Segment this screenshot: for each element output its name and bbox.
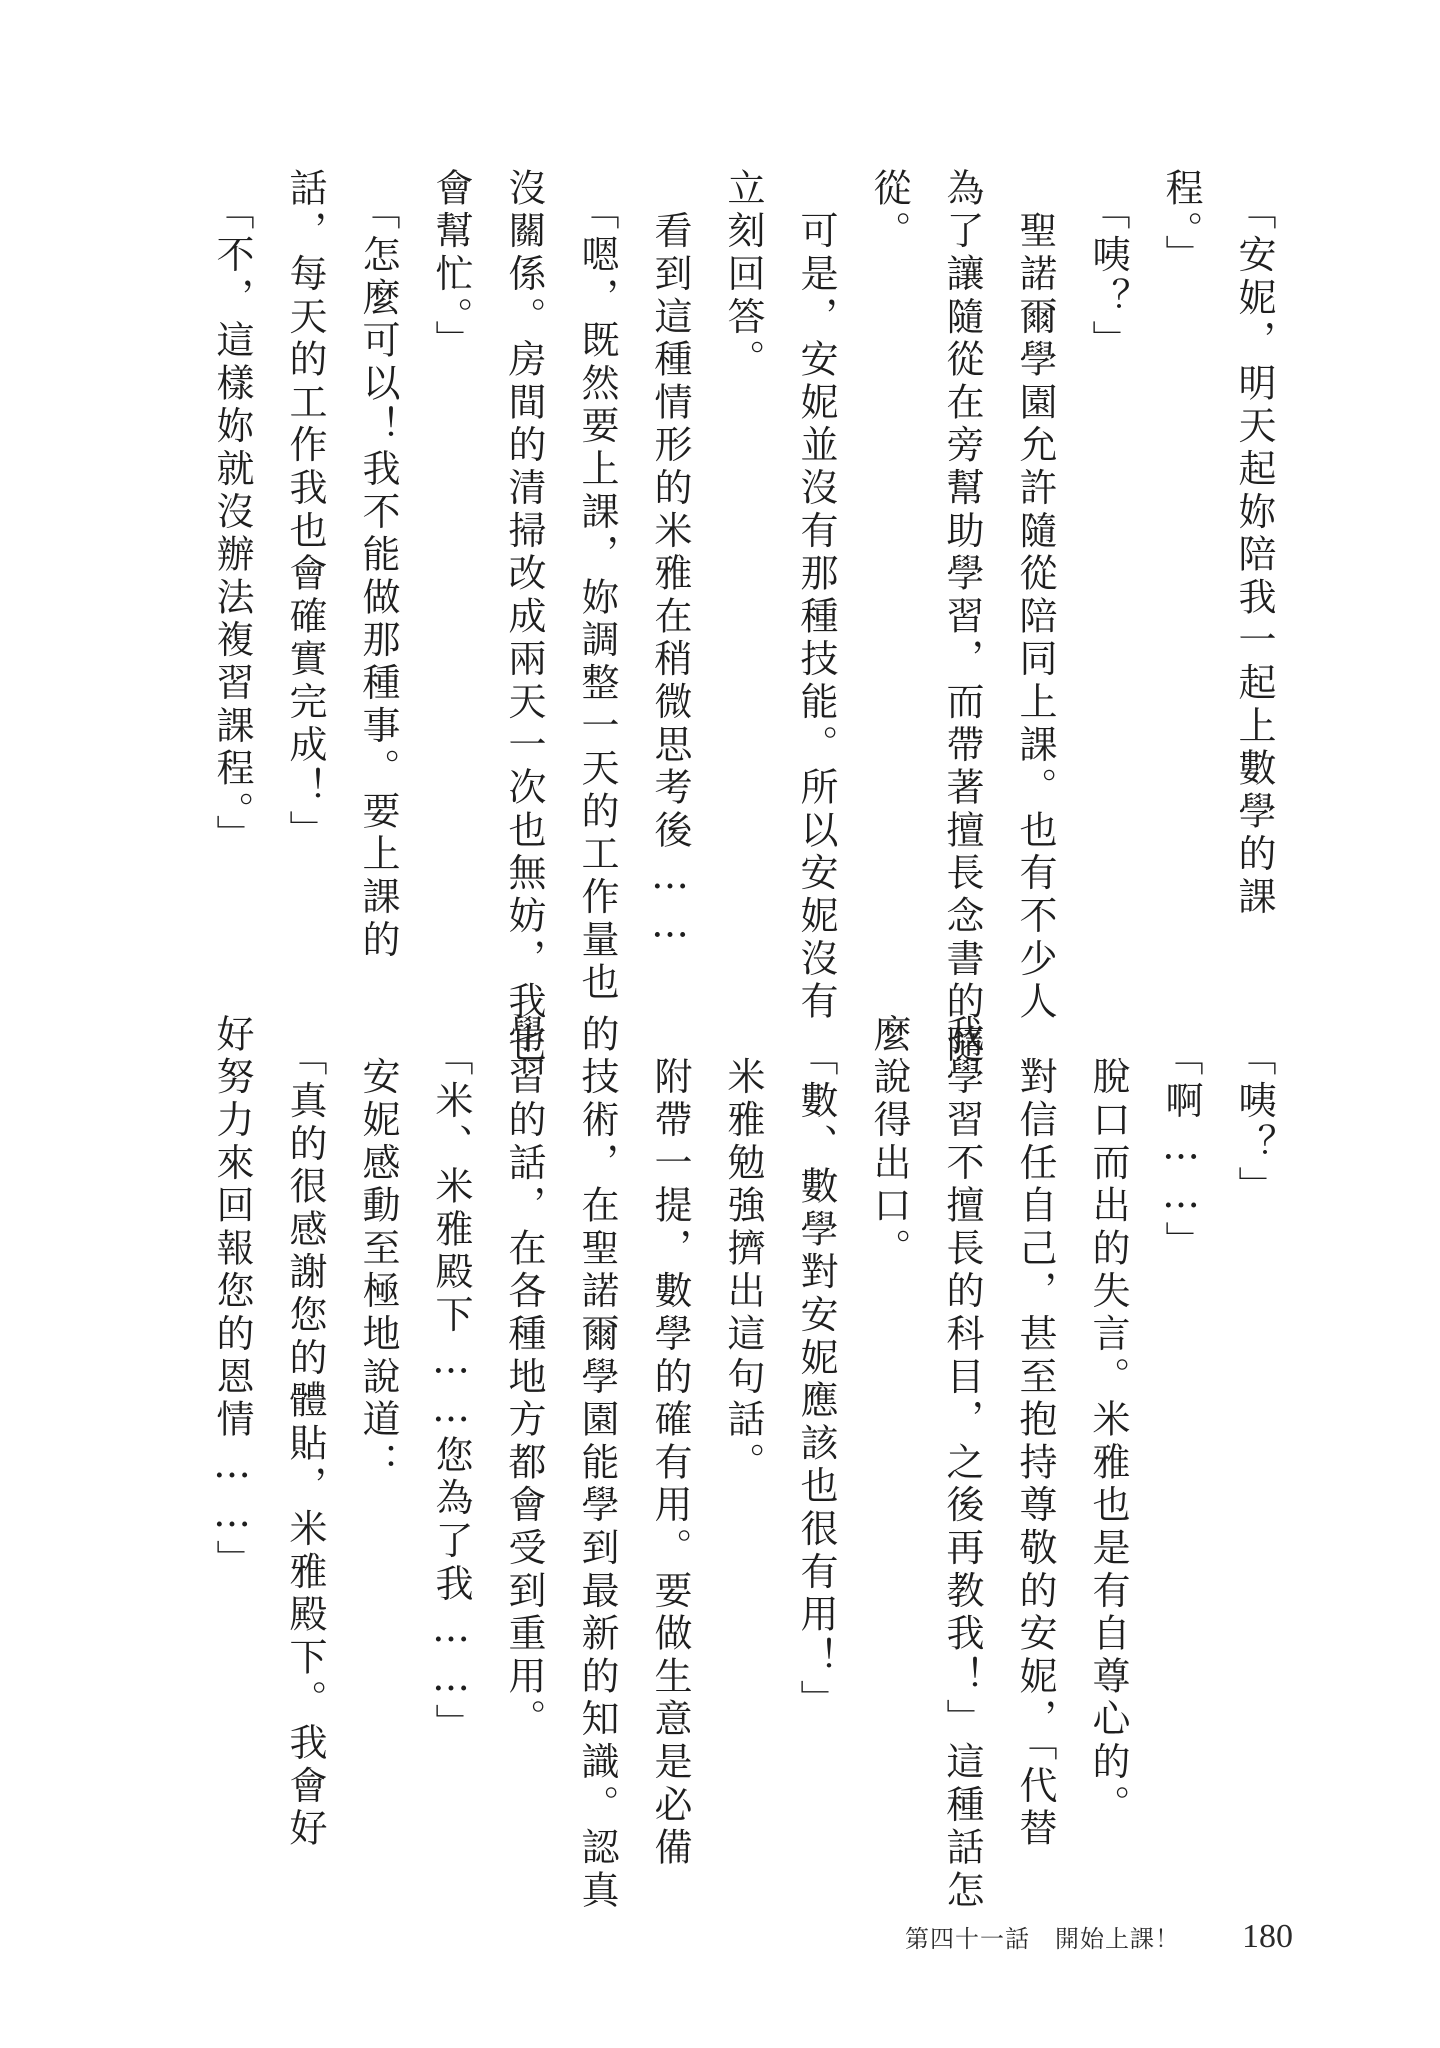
text-line: 「安妮，明天起妳陪我一起上數學的課 [1217, 168, 1290, 948]
text-line: 聖諾爾學園允許隨從陪同上課。也有不少人 [998, 168, 1071, 948]
text-line: 好努力來回報您的恩情……」 [195, 1014, 268, 1794]
text-line: 從。 [852, 168, 925, 948]
chapter-title: 第四十一話 開始上課！ [905, 1919, 1180, 1954]
text-line: 沒關係。房間的清掃改成兩天一次也無妨，我也 [487, 168, 560, 948]
page-number: 180 [1242, 1918, 1293, 1956]
text-line: 「米、米雅殿下……您為了我……」 [414, 1014, 487, 1794]
text-line: 「真的很感謝您的體貼，米雅殿下。我會好 [268, 1014, 341, 1794]
text-line: 安妮感動至極地說道： [341, 1014, 414, 1794]
text-line: 可是，安妮並沒有那種技能。所以安妮沒有 [779, 168, 852, 948]
text-block-bottom: 「咦？」 「啊……」 脫口而出的失言。米雅也是有自尊心的。 對信任自己，甚至抱持… [190, 1014, 1290, 1794]
text-line: 附帶一提，數學的確有用。要做生意是必備 [633, 1014, 706, 1794]
text-line: 「咦？」 [1217, 1014, 1290, 1794]
text-line: 我學習不擅長的科目，之後再教我！」這種話怎 [925, 1014, 998, 1794]
text-line: 的技術，在聖諾爾學園能學到最新的知識。認真 [560, 1014, 633, 1794]
text-line: 米雅勉強擠出這句話。 [706, 1014, 779, 1794]
text-block-top: 「安妮，明天起妳陪我一起上數學的課 程。」 「咦？」 聖諾爾學園允許隨從陪同上課… [190, 168, 1290, 948]
text-line: 「咦？」 [1071, 168, 1144, 948]
text-line: 「嗯，既然要上課，妳調整一天的工作量也 [560, 168, 633, 948]
text-line: 會幫忙。」 [414, 168, 487, 948]
text-line: 「數、數學對安妮應該也很有用！」 [779, 1014, 852, 1794]
text-line: 程。」 [1144, 168, 1217, 948]
text-line: 麼說得出口。 [852, 1014, 925, 1794]
text-line: 話，每天的工作我也會確實完成！」 [268, 168, 341, 948]
text-line: 脫口而出的失言。米雅也是有自尊心的。 [1071, 1014, 1144, 1794]
text-line: 「不，這樣妳就沒辦法複習課程。」 [195, 168, 268, 948]
text-line: 看到這種情形的米雅在稍微思考後…… [633, 168, 706, 948]
text-line: 立刻回答。 [706, 168, 779, 948]
page-footer: 第四十一話 開始上課！ 180 [905, 1918, 1293, 1968]
text-line: 為了讓隨從在旁幫助學習，而帶著擅長念書的隨 [925, 168, 998, 948]
text-line: 對信任自己，甚至抱持尊敬的安妮，「代替 [998, 1014, 1071, 1794]
text-line: 「怎麼可以！我不能做那種事。要上課的 [341, 168, 414, 948]
text-line: 「啊……」 [1144, 1014, 1217, 1794]
text-line: 學習的話，在各種地方都會受到重用。 [487, 1014, 560, 1794]
